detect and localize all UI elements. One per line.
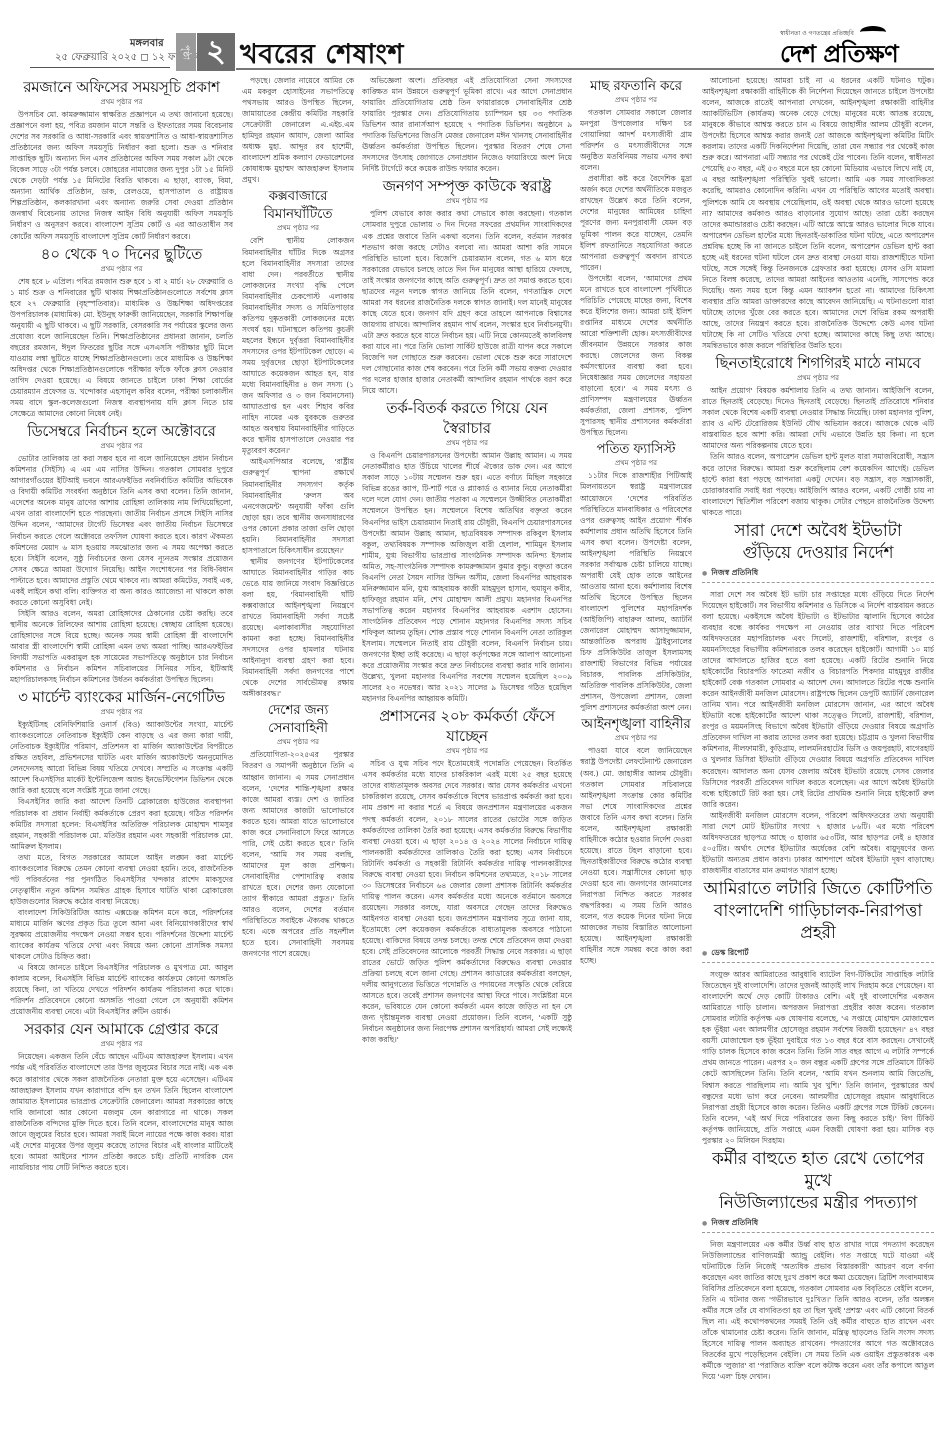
article-body: প্রবাসীরা কষ্ট করে বৈদেশিক মুদ্রা অর্জন … [580, 173, 692, 272]
jump-line: প্রথম পৃষ্ঠার পর [242, 737, 354, 747]
article-body: পুলিশ যেভাবে কাজ করার কথা সেভাবে কাজ করছ… [362, 208, 572, 396]
article-body: এ বিষয়ে জানতে চাইলে বিএসইসির পরিচালক ও … [10, 962, 233, 1017]
page-label: পৃষ্ঠা [176, 33, 196, 71]
jump-line: প্রথম পৃষ্ঠার পর [362, 196, 572, 206]
byline: নিজস্ব প্রতিনিধি [702, 567, 934, 579]
article-body: গতকাল সোমবার সকালে জেলার মনপুরা উপজেলার … [580, 107, 692, 173]
headline[interactable]: রমজানে অফিসের সময়সূচি প্রকাশ [10, 77, 233, 97]
article-fallen-fascist: পতিত ফ্যাসিস্ট প্রথম পৃষ্ঠার পর ১১টার দি… [580, 440, 692, 713]
article-body: বাংলাদেশ সিকিউরিটিজ অ্যান্ড এক্সচেঞ্জ কম… [10, 907, 233, 962]
column-2: পড়ছে। জেলার নায়েবে আমির কে এম মকবুল হো… [242, 75, 354, 1445]
article-body: ১১টার দিকে রাজশাহীর পিটিআই মিলনায়তনে স্… [580, 470, 692, 713]
article-body: শেষ হবে ৮ এপ্রিল। পবিত্র রমজান শুরু হবে … [10, 276, 233, 420]
headline[interactable]: তর্ক-বিতর্ক করতে গিয়ে যেন স্বৈরাচার [362, 398, 572, 438]
article-body: বিএসইসির জারি করা আদেশ তিনটি ব্রোকারেজ হ… [10, 796, 233, 851]
page-masthead: মঙ্গলবার ২৫ ফেব্রুয়ারি ২০২৫ ◻ ১২ ফাল্গু… [0, 0, 945, 70]
article-law-enforcement: আইনশৃঙ্খলা বাহিনীর প্রথম পৃষ্ঠার পর পাওয… [580, 715, 692, 966]
column-4: মাছ রফতানি করে প্রথম পৃষ্ঠার পর গতকাল সো… [580, 75, 692, 1445]
article-debate-autocrat: তর্ক-বিতর্ক করতে গিয়ে যেন স্বৈরাচার প্র… [362, 398, 572, 704]
article-body: নিয়েছেন। একজন তিনি বেঁচে আছেন এটিএম আজহ… [10, 1051, 233, 1173]
jump-line: প্রথম পৃষ্ঠার পর [702, 373, 934, 383]
article-body: উপদেষ্টা বলেন, 'আমাদের প্রথম মনে রাখতে হ… [580, 273, 692, 439]
article-body: সিইসি আরও বলেন, অমরা রোহিঙ্গাদের ঠেকানোর… [10, 608, 233, 685]
article-public-involved-home: জনগণ সম্পৃক্ত কাউকে স্বরাষ্ট্র প্রথম পৃষ… [362, 176, 572, 396]
column-1: রমজানে অফিসের সময়সূচি প্রকাশ প্রথম পৃষ্… [10, 75, 233, 1445]
jump-line: প্রথম পৃষ্ঠার পর [10, 264, 233, 274]
article-body: আইনজীবী মনজিল মোরসেদ বলেন, পরিবেশ অধিদফত… [702, 810, 934, 876]
headline[interactable]: আইনশৃঙ্খলা বাহিনীর [580, 715, 692, 733]
article-body: স্থানীয় জনগণের ইটপাটকেলের আঘাতে বিমানবা… [242, 556, 354, 700]
headline[interactable]: সরকার যেন আমাকে গ্রেপ্তার করে [10, 1019, 233, 1039]
headline[interactable]: আমিরাতে লটারি জিতে কোটিপতি বাংলাদেশি গাড… [702, 878, 934, 944]
headline[interactable]: দেশের জন্য সেনাবাহিনী [242, 701, 354, 737]
article-ramadan-office-hours: রমজানে অফিসের সময়সূচি প্রকাশ প্রথম পৃষ্… [10, 77, 233, 242]
headline-line-2: গুঁড়িয়ে দেওয়ার নির্দেশ [743, 543, 894, 563]
headline[interactable]: মাছ রফতানি করে [580, 77, 692, 95]
headline-line-1: কর্মীর বাহুতে হাত রেখে তোপের মুখে [712, 1149, 924, 1191]
jump-line: প্রথম পৃষ্ঠার পর [10, 97, 233, 107]
jump-line: প্রথম পৃষ্ঠার পর [10, 1039, 233, 1049]
article-body: তিনি আরও বলেন, অপারেশন ডেভিল হান্ট মূলত … [702, 451, 934, 517]
article-body: পাওয়া যাবে বলে জানিয়েছেন স্বরাষ্ট্র উপ… [580, 745, 692, 966]
article-body: ও বিএনপি চেয়ারপারসনের উপদেষ্টা আমান উল্… [362, 450, 572, 704]
byline: নিজস্ব প্রতিনিধি [702, 1217, 934, 1229]
article-election-december: ডিসেম্বরে নির্বাচন হলে অক্টোবরে প্রথম পৃ… [10, 421, 233, 685]
column-3: অভিজ্ঞেলা অংশ। প্রতিবছর এই প্রতিযোগিতা স… [362, 75, 572, 1445]
article-nz-minister-resigns: কর্মীর বাহুতে হাত রেখে তোপের মুখে নিউজিল… [702, 1148, 934, 1383]
article-body: উপসচিব মো. কামরুজ্জামান স্বাক্ষরিত প্রজ্… [10, 109, 233, 242]
article-body: নিজ মন্ত্রণালয়ের এক কর্মীর উর্ধ্ব বাহু … [702, 1239, 934, 1383]
jump-line: প্রথম পৃষ্ঠার পর [242, 223, 354, 233]
article-arrest-me: সরকার যেন আমাকে গ্রেপ্তার করে প্রথম পৃষ্… [10, 1019, 233, 1173]
headline[interactable]: ডিসেম্বরে নির্বাচন হলে অক্টোবরে [10, 421, 233, 441]
headline[interactable]: পতিত ফ্যাসিস্ট [580, 440, 692, 458]
article-body: অভিজ্ঞেলা অংশ। প্রতিবছর এই প্রতিযোগিতা স… [362, 75, 572, 174]
jump-line: প্রথম পৃষ্ঠার পর [580, 95, 692, 105]
article-body: তথ্য মতে, বিগত সরকারের আমলে আইন লঙ্ঘন কর… [10, 852, 233, 907]
headline[interactable]: কক্সবাজারে বিমানঘাঁটিতে [242, 187, 354, 223]
jump-line: প্রথম পৃষ্ঠার পর [10, 707, 233, 717]
article-body: পড়ছে। জেলার নায়েবে আমির কে এম মকবুল হো… [242, 75, 354, 185]
headline-line-2: নিউজিল্যান্ডের মন্ত্রীর পদত্যাগ [719, 1193, 917, 1213]
headline[interactable]: ৩ মার্চেন্ট ব্যাংকের মার্জিন-নেগেটিভ [10, 687, 233, 707]
article-merchant-bank-margin: ৩ মার্চেন্ট ব্যাংকের মার্জিন-নেগেটিভ প্র… [10, 687, 233, 1017]
jump-line: প্রথম পৃষ্ঠার পর [580, 458, 692, 468]
headline-line-1: সারা দেশে অবৈধ ইটভাটা [734, 521, 901, 541]
column-5: আলোচনা হয়েছে। আমরা চাই না এ ধরনের একটি … [702, 75, 934, 1445]
article-body: সারা দেশে সব অবৈধ ইট ভাটা চার সপ্তাহের ম… [702, 589, 934, 810]
article-firing-competition-continuation: অভিজ্ঞেলা অংশ। প্রতিবছর এই প্রতিযোগিতা স… [362, 75, 572, 174]
jump-line: প্রথম পৃষ্ঠার পর [10, 441, 233, 451]
section-title: খবরের শেষাংশ [240, 34, 404, 79]
article-body: আলোচনা হয়েছে। আমরা চাই না এ ধরনের একটি … [702, 75, 934, 351]
article-army-for-country: দেশের জন্য সেনাবাহিনী প্রথম পৃষ্ঠার পর প… [242, 701, 354, 959]
article-illegal-brick-kilns: সারা দেশে অবৈধ ইটভাটা গুঁড়িয়ে দেওয়ার … [702, 520, 934, 876]
headline[interactable]: জনগণ সম্পৃক্ত কাউকে স্বরাষ্ট্র [362, 176, 572, 196]
article-40-70-days-holiday: ৪০ থেকে ৭০ দিনের ছুটিতে প্রথম পৃষ্ঠার পর… [10, 244, 233, 420]
newspaper-logo[interactable]: স্বাধীনতা ও গণতন্ত্রের প্রতিচ্ছবি দেশ প্… [780, 28, 940, 68]
headline[interactable]: ছিনতাইরোধে শিগগিরই মাঠে নামবে [702, 353, 934, 373]
byline-divider [702, 1232, 934, 1233]
masthead-divider [30, 67, 170, 68]
byline-divider [702, 582, 934, 583]
jump-line: প্রথম পৃষ্ঠার পর [362, 746, 572, 756]
article-body: আইএসপিআর বলেছে, 'রাষ্ট্রীয় গুরুত্বপূর্ণ… [242, 456, 354, 555]
page-number: ২ [197, 33, 235, 71]
article-fish-export: মাছ রফতানি করে প্রথম পৃষ্ঠার পর গতকাল সো… [580, 77, 692, 438]
headline[interactable]: প্রশাসনের ২০৮ কর্মকর্তা ফেঁসে যাচ্ছেন [362, 706, 572, 746]
article-jamaat-rally-continuation: পড়ছে। জেলার নায়েবে আমির কে এম মকবুল হো… [242, 75, 354, 185]
jump-line: প্রথম পৃষ্ঠার পর [580, 733, 692, 743]
headline[interactable]: ৪০ থেকে ৭০ দিনের ছুটিতে [10, 244, 233, 264]
article-body: সচিব ও যুগ্ম সচিব পদে ইতোমধ্যেই পদোন্নতি… [362, 758, 572, 1045]
byline-divider [702, 962, 934, 963]
headline-line-1: আমিরাতে লটারি জিতে কোটিপতি [704, 879, 933, 899]
article-body: বেশি স্থানীয় লোকজন বিমানবাহিনীর ঘাঁটির … [242, 235, 354, 456]
headline[interactable]: সারা দেশে অবৈধ ইটভাটা গুঁড়িয়ে দেওয়ার … [702, 520, 934, 564]
article-body: ইক্যুইটিসহ বেনিফিশিয়ারি ওনার্স (বিও) অ্… [10, 719, 233, 796]
byline: ডেস্ক রিপোর্ট [702, 947, 934, 959]
article-body: সংযুক্ত আরব আমিরাতের আবুধাবি ব্যাটেল বিগ… [702, 969, 934, 1146]
article-coxsbazar-airbase: কক্সবাজারে বিমানঘাঁটিতে প্রথম পৃষ্ঠার পর… [242, 187, 354, 699]
jump-line: প্রথম পৃষ্ঠার পর [362, 438, 572, 448]
article-208-officials: প্রশাসনের ২০৮ কর্মকর্তা ফেঁসে যাচ্ছেন প্… [362, 706, 572, 1045]
article-snatching-prevention: ছিনতাইরোধে শিগগিরই মাঠে নামবে প্রথম পৃষ্… [702, 353, 934, 518]
article-body: ভোটার তালিকায় তা করা সম্ভব হবে না বলে জ… [10, 453, 233, 608]
article-body: আইন প্রয়োগ' বিষয়ক কর্মশালায় তিনি এ তথ… [702, 385, 934, 451]
headline-line-2: বাংলাদেশি গাড়িচালক-নিরাপত্তা প্রহরী [714, 901, 922, 943]
article-uae-lottery: আমিরাতে লটারি জিতে কোটিপতি বাংলাদেশি গাড… [702, 878, 934, 1146]
article-body: প্রতিযোগিতা-২০২৫এর পুরস্কার বিতরণ ও সমাপ… [242, 749, 354, 959]
headline[interactable]: কর্মীর বাহুতে হাত রেখে তোপের মুখে নিউজিল… [702, 1148, 934, 1214]
logo-name: দেশ প্রতিক্ষণ [780, 36, 898, 76]
article-home-adviser-continuation: আলোচনা হয়েছে। আমরা চাই না এ ধরনের একটি … [702, 75, 934, 351]
